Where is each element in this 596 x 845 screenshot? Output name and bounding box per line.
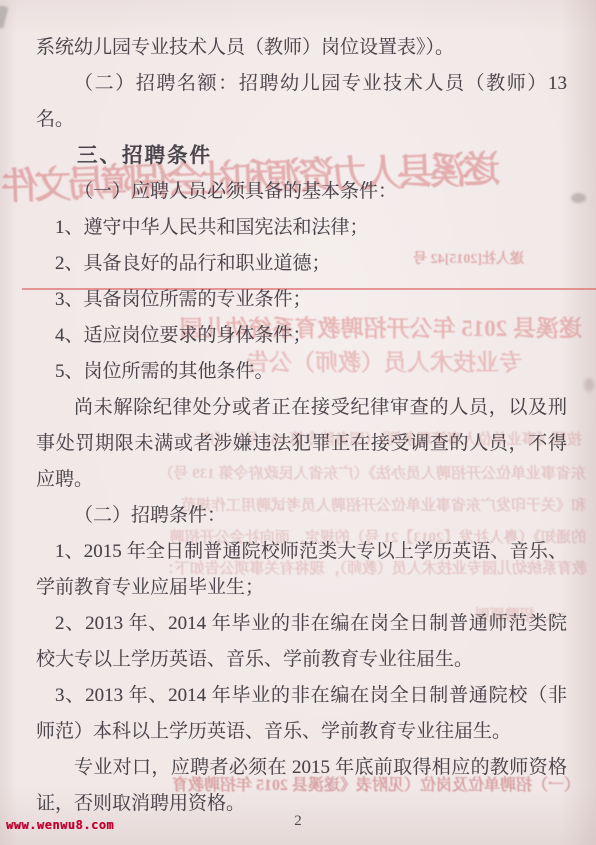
doc-line: （一）应聘人员必须具备的基本条件： — [36, 174, 567, 210]
document-body: 系统幼儿园专业技术人员（教师）岗位设置表》）。 （二）招聘名额：招聘幼儿园专业技… — [0, 0, 596, 822]
doc-list-item: 5、岗位所需的其他条件。 — [36, 354, 567, 390]
doc-line: 专业对口，应聘者必须在 2015 年底前取得相应的教师资格证，否则取消聘用资格。 — [36, 750, 567, 822]
doc-line: 尚未解除纪律处分或者正在接受纪律审查的人员，以及刑事处罚期限未满或者涉嫌违法犯罪… — [36, 390, 567, 498]
doc-list-item: 2、2013 年、2014 年毕业的非在编在岗全日制普通师范类院校大专以上学历英… — [36, 606, 567, 678]
scan-smudge — [584, 378, 594, 392]
doc-list-item: 1、遵守中华人民共和国宪法和法律； — [36, 210, 567, 246]
doc-list-item: 3、具备岗位所需的专业条件； — [36, 282, 567, 318]
scanned-document-page: 遂溪县人力资源和社会保障局文件 遂人社[2015]42 号 遂溪县 2015 年… — [0, 0, 596, 845]
doc-line: （二）招聘条件： — [36, 498, 567, 534]
doc-list-item: 1、2015 年全日制普通院校师范类大专以上学历英语、音乐、学前教育专业应届毕业… — [36, 534, 567, 606]
doc-list-item: 2、具备良好的品行和职业道德； — [36, 246, 567, 282]
doc-line-continuation: 系统幼儿园专业技术人员（教师）岗位设置表》）。 — [36, 30, 567, 66]
doc-list-item: 4、适应岗位要求的身体条件； — [36, 318, 567, 354]
doc-line: （二）招聘名额：招聘幼儿园专业技术人员（教师）13 名。 — [36, 66, 567, 138]
section-heading: 三、招聘条件 — [36, 138, 567, 174]
scan-smudge — [571, 193, 586, 203]
page-number: 2 — [0, 813, 596, 830]
doc-list-item: 3、2013 年、2014 年毕业的非在编在岗全日制普通院校（非师范）本科以上学… — [36, 678, 567, 750]
